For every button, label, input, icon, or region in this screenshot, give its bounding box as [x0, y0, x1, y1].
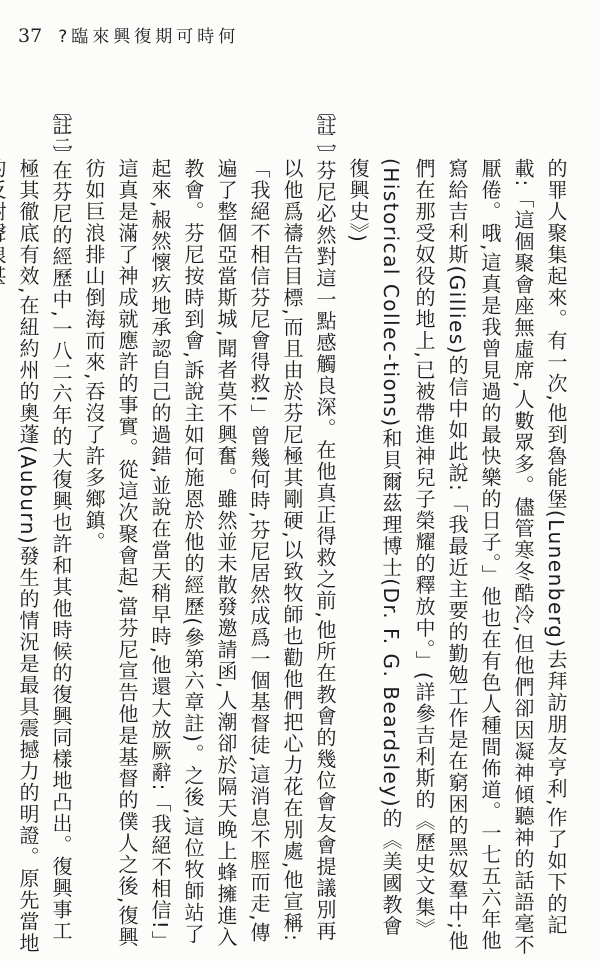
- note-3: 〔註三〕在芬尼的經歷中,一八二六年的大復興也許和其他時候的復興同樣地凸出。復興事…: [0, 158, 77, 956]
- note-3-label: 〔註三〕: [49, 100, 73, 160]
- note-2-text: 芬尼必然對這一點感觸良深。在他真正得救之前,他所在教會的幾位會友會提議別再以他爲…: [82, 158, 337, 952]
- page-header: 37 ?臨來興復期可時何: [18, 22, 239, 47]
- note-3-text: 在芬尼的經歷中,一八二六年的大復興也許和其他時候的復興同樣地凸出。復興事工極其徹…: [0, 158, 73, 954]
- body-text: 的罪人聚集起來。有一次,他到魯能堡(Lunenberg)去拜訪朋友亨利,作了如下…: [26, 158, 572, 956]
- note-2: 〔註二〕芬尼必然對這一點感觸良深。在他真正得救之前,他所在教會的幾位會友會提議別…: [77, 158, 341, 956]
- note-1-continuation: 的罪人聚集起來。有一次,他到魯能堡(Lunenberg)去拜訪朋友亨利,作了如下…: [341, 158, 572, 956]
- note-2-label: 〔註二〕: [313, 100, 337, 160]
- running-head-title: ?臨來興復期可時何: [58, 22, 239, 47]
- book-page: 37 ?臨來興復期可時何 的罪人聚集起來。有一次,他到魯能堡(Lunenberg…: [0, 0, 600, 961]
- note-1-continuation-text: 的罪人聚集起來。有一次,他到魯能堡(Lunenberg)去拜訪朋友亨利,作了如下…: [346, 158, 568, 956]
- page-number: 37: [18, 25, 42, 47]
